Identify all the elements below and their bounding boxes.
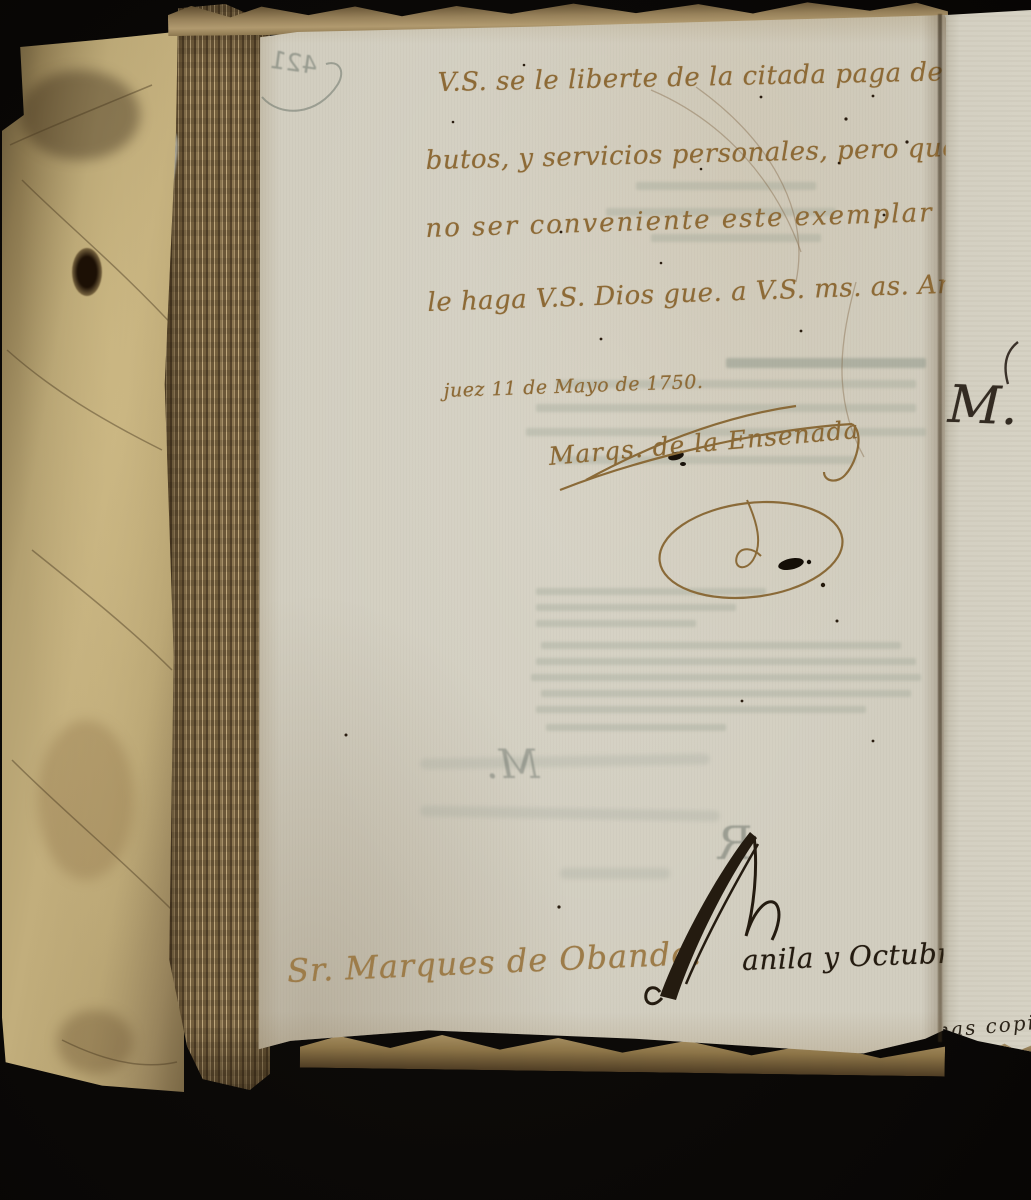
dateline-text: anila y Octubre xyxy=(741,936,968,977)
signature-flourish xyxy=(560,406,859,490)
parchment-flyleaf xyxy=(2,30,184,1092)
manuscript-photo: 421 M. R V.S. se le liberte de la citada… xyxy=(0,0,1031,1200)
edge-text-fragment: mas copia xyxy=(929,1009,1031,1043)
right-page-deckle-edge xyxy=(942,1038,1031,1061)
book-leaf-edges xyxy=(158,4,270,1090)
page-gutter-crease xyxy=(938,14,942,1042)
partial-pen-stroke xyxy=(942,330,1031,390)
parchment-creases xyxy=(2,30,184,1092)
initial-M-flourish xyxy=(652,824,792,1014)
dateline-manila-octubre: anila y Octubre xyxy=(652,824,952,1034)
next-page-edge: M. mas copia xyxy=(942,10,1031,1062)
folio-mark-tail xyxy=(262,63,341,111)
manuscript-page: 421 M. R V.S. se le liberte de la citada… xyxy=(256,12,946,1064)
hairline-scratches xyxy=(651,87,864,457)
signature-rubric xyxy=(654,492,848,608)
